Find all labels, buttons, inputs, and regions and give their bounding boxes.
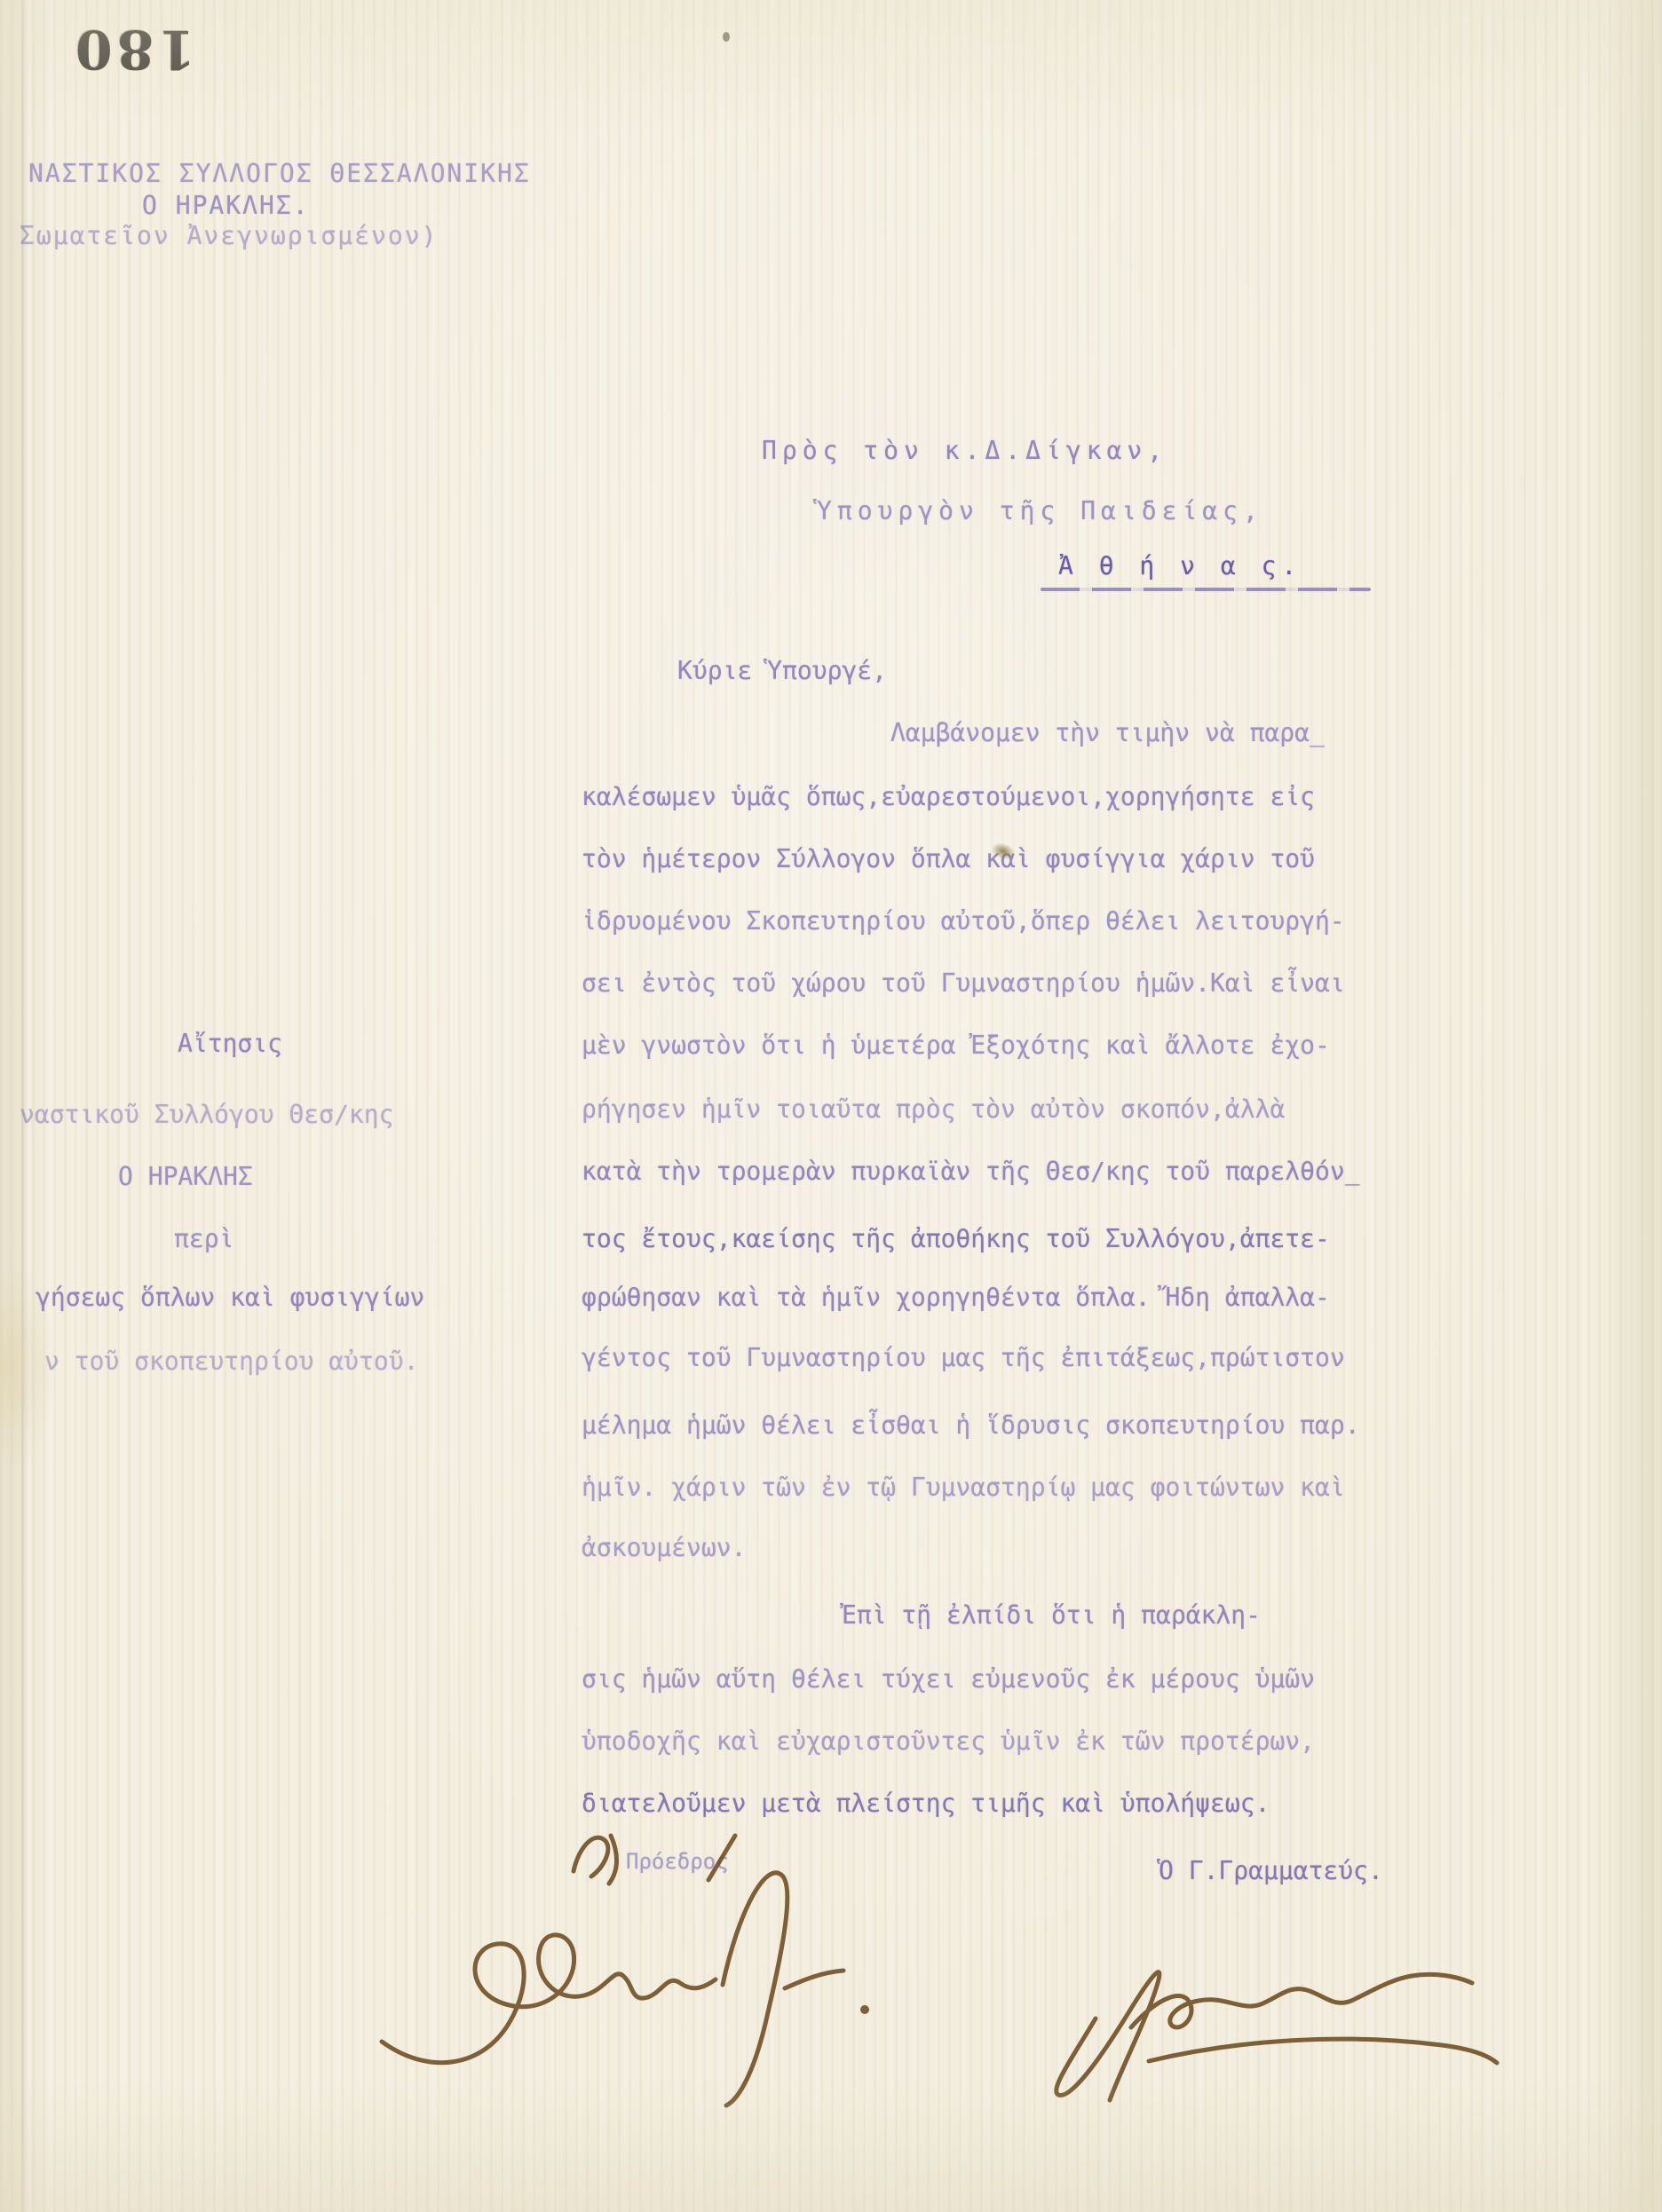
body-line: τὸν ἡμέτερον Σύλλογον ὅπλα καὶ φυσίγγια …	[582, 843, 1315, 874]
letterhead-club-title: Ο ΗΡΑΚΛΗΣ.	[142, 190, 310, 221]
body-line: τος ἔτους,καείσης τῆς ἀποθήκης τοῦ Συλλό…	[582, 1223, 1330, 1254]
body-line: φρώθησαν καὶ τὰ ἡμῖν χορηγηθέντα ὅπλα. Ἤ…	[582, 1282, 1330, 1313]
letter-page: 180 ΝΑΣΤΙΚΟΣ ΣΥΛΛΟΓΟΣ ΘΕΣΣΑΛΟΝΙΚΗΣ Ο ΗΡΑ…	[0, 0, 1662, 2212]
body-line: καλέσωμεν ὑμᾶς ὅπως,εὐαρεστούμενοι,χορηγ…	[582, 781, 1315, 812]
secretary-title-label: Ὁ Γ.Γραμματεύς.	[1159, 1855, 1383, 1886]
body-line: Λαμβάνομεν τὴν τιμὴν νὰ παρα_	[890, 717, 1325, 748]
closing-line: διατελοῦμεν μετὰ πλείστης τιμῆς καὶ ὑπολ…	[582, 1788, 1270, 1819]
body-line: ἡμῖν. χάριν τῶν ἐν τῷ Γυμναστηρίῳ μας φο…	[582, 1472, 1345, 1503]
body-line: ἀσκουμένων.	[582, 1532, 746, 1563]
closing-line: Ἐπὶ τῇ ἐλπίδι ὅτι ἡ παράκλη-	[842, 1600, 1261, 1631]
body-line: γέντος τοῦ Γυμναστηρίου μας τῆς ἐπιτάξεω…	[582, 1342, 1345, 1373]
margin-note-line: Αἴτησις	[178, 1028, 282, 1059]
margin-note-line: ν τοῦ σκοπευτηρίου αὐτοῦ.	[44, 1346, 418, 1377]
archive-number-stamp: 180	[71, 18, 195, 80]
closing-line: ὑποδοχῆς καὶ εὐχαριστοῦντες ὑμῖν ἐκ τῶν …	[582, 1726, 1315, 1757]
closing-line: σις ἡμῶν αὕτη θέλει τύχει εὐμενοῦς ἐκ μέ…	[582, 1663, 1315, 1695]
margin-note-line: ναστικοῦ Συλλόγου Θεσ/κης	[20, 1099, 393, 1130]
letterhead-association-note: Σωματεῖον Ἀνεγνωρισμένον)	[20, 220, 438, 251]
margin-note-line: γήσεως ὅπλων καὶ φυσιγγίων	[36, 1282, 424, 1313]
body-line: σει ἐντὸς τοῦ χώρου τοῦ Γυμναστηρίου ἡμῶ…	[582, 968, 1345, 999]
president-signature	[366, 1836, 987, 2120]
body-line: ρήγησεν ἡμῖν τοιαῦτα πρὸς τὸν αὐτὸν σκοπ…	[582, 1094, 1285, 1125]
body-line: ἱδρυομένου Σκοπευτηρίου αὐτοῦ,ὅπερ θέλει…	[582, 905, 1345, 936]
letterhead-club-name: ΝΑΣΤΙΚΟΣ ΣΥΛΛΟΓΟΣ ΘΕΣΣΑΛΟΝΙΚΗΣ	[28, 158, 531, 189]
body-line: μὲν γνωστὸν ὅτι ἡ ὑμετέρα Ἐξοχότης καὶ ἄ…	[582, 1030, 1330, 1061]
recipient-title: Ὑπουργὸν τῆς Παιδείας,	[817, 495, 1263, 526]
secretary-signature	[1023, 1892, 1538, 2114]
salutation: Κύριε Ὑπουργέ,	[677, 655, 887, 686]
body-line: μέλημα ἡμῶν θέλει εἶσθαι ἡ ἵδρυσις σκοπε…	[582, 1410, 1360, 1441]
margin-note-line: περὶ	[174, 1223, 233, 1254]
recipient-name: Πρὸς τὸν κ.Δ.Δίγκαν,	[762, 435, 1167, 466]
recipient-city: Ἀ θ ή ν α ς.	[1058, 550, 1302, 581]
ink-speck	[723, 32, 730, 42]
body-line: κατὰ τὴν τρομερὰν πυρκαϊὰν τῆς Θεσ/κης τ…	[582, 1156, 1360, 1187]
athens-underline	[1041, 588, 1371, 591]
margin-note-line: Ο ΗΡΑΚΛΗΣ	[118, 1161, 253, 1192]
